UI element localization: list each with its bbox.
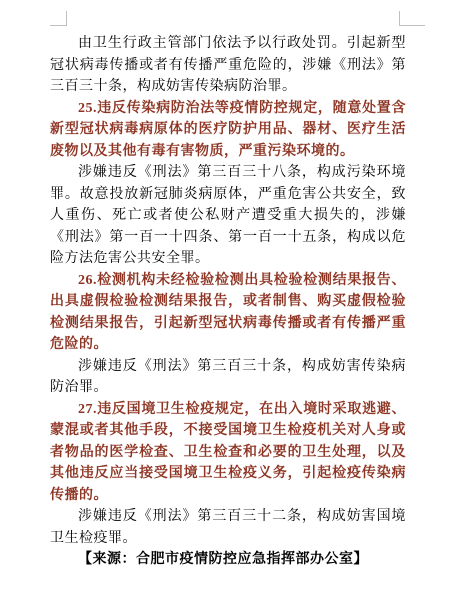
paragraph-3: 涉嫌违反《刑法》第三百三十八条，构成污染环境罪。故意投放新冠肺炎病原体，严重危害…	[50, 162, 406, 270]
document-page: 由卫生行政主管部门依法予以行政处罚。引起新型冠状病毒传播或者有传播严重危险的，涉…	[0, 0, 456, 592]
text-boundary-mark-right-icon	[399, 11, 425, 26]
paragraph-7: 涉嫌违反《刑法》第三百三十二条，构成妨害国境卫生检疫罪。	[50, 506, 406, 549]
paragraph-1: 由卫生行政主管部门依法予以行政处罚。引起新型冠状病毒传播或者有传播严重危险的，涉…	[50, 33, 406, 98]
text-boundary-mark-left-icon	[50, 11, 67, 26]
paragraph-4: 26.检测机构未经检验检测出具检验检测结果报告、出具虚假检验检测结果报告，或者制…	[50, 270, 406, 356]
paragraph-8: 【来源：合肥市疫情防控应急指挥部办公室】	[50, 549, 406, 571]
paragraph-5: 涉嫌违反《刑法》第三百三十条，构成妨害传染病防治罪。	[50, 356, 406, 399]
paragraph-6: 27.违反国境卫生检疫规定，在出入境时采取逃避、蒙混或者其他手段，不接受国境卫生…	[50, 399, 406, 507]
document-body: 由卫生行政主管部门依法予以行政处罚。引起新型冠状病毒传播或者有传播严重危险的，涉…	[50, 33, 406, 571]
paragraph-2: 25.违反传染病防治法等疫情防控规定，随意处置含新型冠状病毒病原体的医疗防护用品…	[50, 98, 406, 163]
